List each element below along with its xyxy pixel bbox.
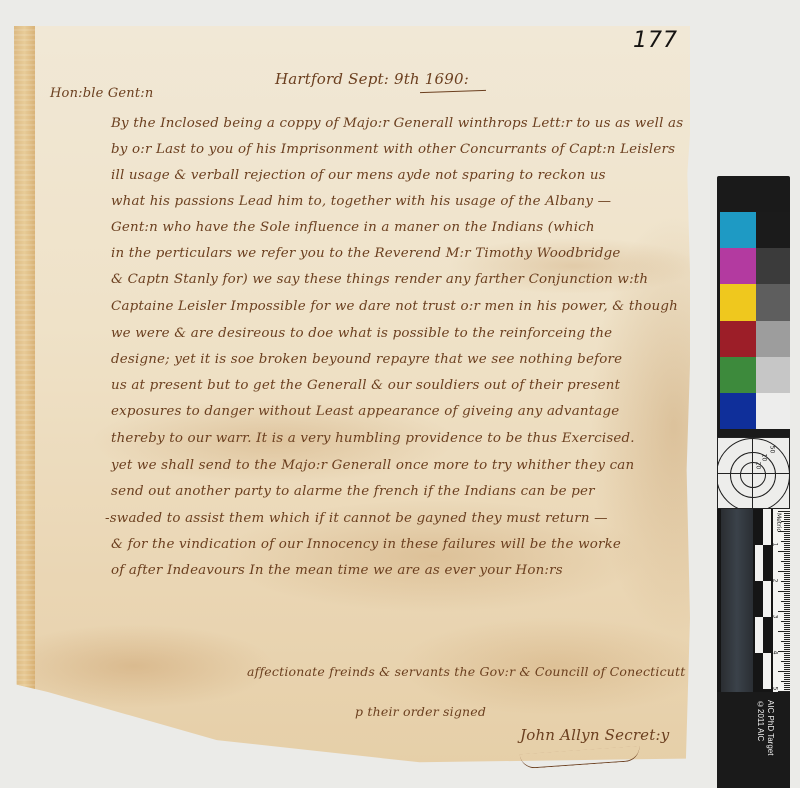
ruler-tick — [784, 639, 790, 640]
ruler-tick — [778, 631, 790, 632]
ruler-tick — [784, 653, 790, 654]
ruler-tick — [784, 617, 790, 618]
ruler-tick — [784, 595, 790, 596]
ruler-tick — [784, 513, 790, 514]
ruler-tick — [784, 533, 790, 534]
ruler-scale — [773, 509, 790, 692]
ruler-tick — [778, 671, 790, 672]
ruler-tick — [784, 583, 790, 584]
ruler-tick — [784, 619, 790, 620]
ruler-tick — [781, 521, 790, 522]
ruler-tick — [784, 657, 790, 658]
gray-patch-white — [756, 393, 790, 429]
ruler-tick — [784, 523, 790, 524]
ruler-tick — [784, 593, 790, 594]
ruler-tick — [784, 553, 790, 554]
ruler-tick — [784, 687, 790, 688]
ruler-tick — [784, 607, 790, 608]
ruler-metric-label: Metric — [775, 513, 782, 532]
ruler-tick — [784, 573, 790, 574]
folio-number: 177 — [633, 28, 678, 53]
scan-background: 177 Hon:ble Gent:n Hartford Sept: 9th 16… — [0, 0, 800, 788]
ruler-tick — [784, 547, 790, 548]
ruler-number: 4 — [771, 651, 778, 655]
letter-line: us at present but to get the Generall & … — [111, 378, 620, 393]
ruler-tick — [781, 661, 790, 662]
ruler-tick — [784, 565, 790, 566]
gray-patch-mid-gray — [756, 284, 790, 320]
ruler-tick — [784, 589, 790, 590]
ruler-check — [755, 581, 763, 617]
paper-hinge-strip — [14, 26, 35, 766]
ruler-number: 3 — [771, 615, 778, 619]
gray-patch-dark-gray — [756, 248, 790, 284]
letter-line: yet we shall send to the Majo:r Generall… — [111, 458, 634, 473]
bullseye-target: 50 10 20 — [717, 437, 790, 509]
letter-line: exposures to danger without Least appear… — [111, 404, 619, 419]
letter-line: we were & are desireous to doe what is p… — [111, 326, 612, 341]
ruler-number: 1 — [771, 543, 778, 547]
ruler-tick — [784, 603, 790, 604]
ruler-tick — [784, 527, 790, 528]
color-patch-magenta — [720, 248, 756, 284]
ruler-tick — [784, 637, 790, 638]
ruler-tick — [784, 585, 790, 586]
letter-line: ill usage & verball rejection of our men… — [111, 168, 606, 183]
letter-line: of after Indeavours In the mean time we … — [111, 563, 563, 578]
ruler-tick — [784, 577, 790, 578]
bullseye-label: 20 — [754, 462, 761, 470]
ruler-check — [755, 509, 763, 545]
gray-patch-light-gray — [756, 357, 790, 393]
ruler-tick — [784, 549, 790, 550]
ruler-tick — [784, 629, 790, 630]
color-patch-cyan — [720, 212, 756, 248]
attestation-line: p their order signed — [355, 704, 486, 719]
ruler-tick — [784, 529, 790, 530]
target-credit-copyright: ©2011 AIC — [756, 700, 765, 741]
ruler-tick — [778, 691, 790, 692]
ruler-tick — [784, 665, 790, 666]
ruler-tick — [784, 625, 790, 626]
ruler-number: 2 — [771, 579, 778, 583]
ruler-check — [763, 617, 771, 653]
signature: John Allyn Secret:y — [520, 726, 669, 744]
ruler-tick — [784, 659, 790, 660]
closing-line: affectionate freinds & servants the Gov:… — [247, 664, 685, 679]
ruler-tick — [784, 615, 790, 616]
letter-line: send out another party to alarme the fre… — [111, 484, 595, 499]
ruler-number: 5 — [771, 687, 778, 691]
ruler-tick — [784, 539, 790, 540]
ruler-tick — [784, 569, 790, 570]
ruler-tick — [784, 609, 790, 610]
ruler-tick — [784, 683, 790, 684]
ruler-tick — [784, 575, 790, 576]
ruler-check — [763, 581, 771, 617]
salutation: Hon:ble Gent:n — [50, 86, 153, 101]
ruler-check — [763, 545, 771, 581]
gray-patch-gray — [756, 321, 790, 357]
ruler-tick — [784, 525, 790, 526]
ruler-tick — [784, 667, 790, 668]
ruler-tick — [784, 669, 790, 670]
letter-line: Gent:n who have the Sole influence in a … — [111, 220, 595, 235]
color-patch-blue — [720, 393, 756, 429]
letter-line: by o:r Last to you of his Imprisonment w… — [111, 142, 675, 157]
letter-line: -swaded to assist them which if it canno… — [105, 511, 608, 526]
letter-line: & for the vindication of our Innocency i… — [111, 537, 621, 552]
letter-line: Captaine Leisler Impossible for we dare … — [111, 299, 678, 314]
ruler-tick — [784, 633, 790, 634]
ruler-tick — [781, 561, 790, 562]
crosshair-horizontal — [718, 473, 790, 474]
letter-line: what his passions Lead him to, together … — [111, 194, 611, 209]
ruler-tick — [784, 545, 790, 546]
ruler-tick — [784, 649, 790, 650]
ruler-tick — [784, 535, 790, 536]
ruler-tick — [784, 679, 790, 680]
ruler-tick — [784, 673, 790, 674]
ruler-dark-strip — [721, 509, 753, 692]
ruler-tick — [784, 655, 790, 656]
ruler-tick — [781, 681, 790, 682]
bullseye-label: 50 — [768, 446, 775, 454]
letter-line: designe; yet it is soe broken beyound re… — [111, 352, 622, 367]
ruler-tick — [781, 541, 790, 542]
ruler-tick — [784, 599, 790, 600]
ruler-tick — [784, 663, 790, 664]
ruler-tick — [784, 647, 790, 648]
ruler-check — [763, 509, 771, 545]
ruler-check — [763, 653, 771, 689]
ruler-tick — [778, 651, 790, 652]
ruler-tick — [784, 643, 790, 644]
ruler-tick — [784, 587, 790, 588]
ruler-tick — [784, 567, 790, 568]
ruler-tick — [784, 635, 790, 636]
ruler-tick — [784, 675, 790, 676]
ruler-tick — [784, 559, 790, 560]
ruler-tick — [781, 621, 790, 622]
ruler-check — [755, 545, 763, 581]
ruler-tick — [784, 517, 790, 518]
ruler-tick — [784, 605, 790, 606]
ruler-tick — [784, 677, 790, 678]
ruler-tick — [784, 537, 790, 538]
ruler-tick — [781, 641, 790, 642]
ruler-tick — [784, 623, 790, 624]
ruler-tick — [784, 645, 790, 646]
bullseye-label: 10 — [760, 454, 767, 462]
color-patch-green — [720, 357, 756, 393]
ruler-tick — [781, 601, 790, 602]
dateline: Hartford Sept: 9th 1690: — [275, 70, 469, 88]
ruler-tick — [784, 563, 790, 564]
target-credit-title: AIC PhD Target — [766, 700, 775, 755]
ruler-tick — [784, 597, 790, 598]
ruler-tick — [784, 557, 790, 558]
letter-line: By the Inclosed being a coppy of Majo:r … — [111, 116, 683, 131]
ruler-tick — [781, 581, 790, 582]
ruler-tick — [784, 515, 790, 516]
letter-line: & Captn Stanly for) we say these things … — [111, 272, 648, 287]
metric-ruler: Metric 12345 — [717, 509, 790, 692]
ruler-check — [755, 617, 763, 653]
ruler-tick — [784, 519, 790, 520]
ruler-tick — [778, 571, 790, 572]
target-credit: AIC PhD Target ©2011 AIC — [735, 700, 775, 780]
color-patch-red — [720, 321, 756, 357]
letter-line: thereby to our warr. It is a very humbli… — [111, 431, 635, 446]
ruler-check — [755, 653, 763, 689]
manuscript-sheet — [14, 26, 690, 766]
ruler-tick — [784, 685, 790, 686]
letter-line: in the perticulars we refer you to the R… — [111, 246, 621, 261]
color-patch-yellow — [720, 284, 756, 320]
ruler-tick — [784, 689, 790, 690]
ruler-tick — [778, 611, 790, 612]
ruler-tick — [784, 627, 790, 628]
crosshair-vertical — [752, 438, 753, 509]
ruler-tick — [778, 551, 790, 552]
ruler-tick — [778, 511, 790, 512]
ruler-tick — [784, 613, 790, 614]
gray-patch-black — [756, 212, 790, 248]
bullseye-ring-inner — [740, 462, 766, 488]
ruler-tick — [784, 579, 790, 580]
ruler-tick — [784, 543, 790, 544]
ruler-tick — [784, 555, 790, 556]
ruler-tick — [778, 591, 790, 592]
